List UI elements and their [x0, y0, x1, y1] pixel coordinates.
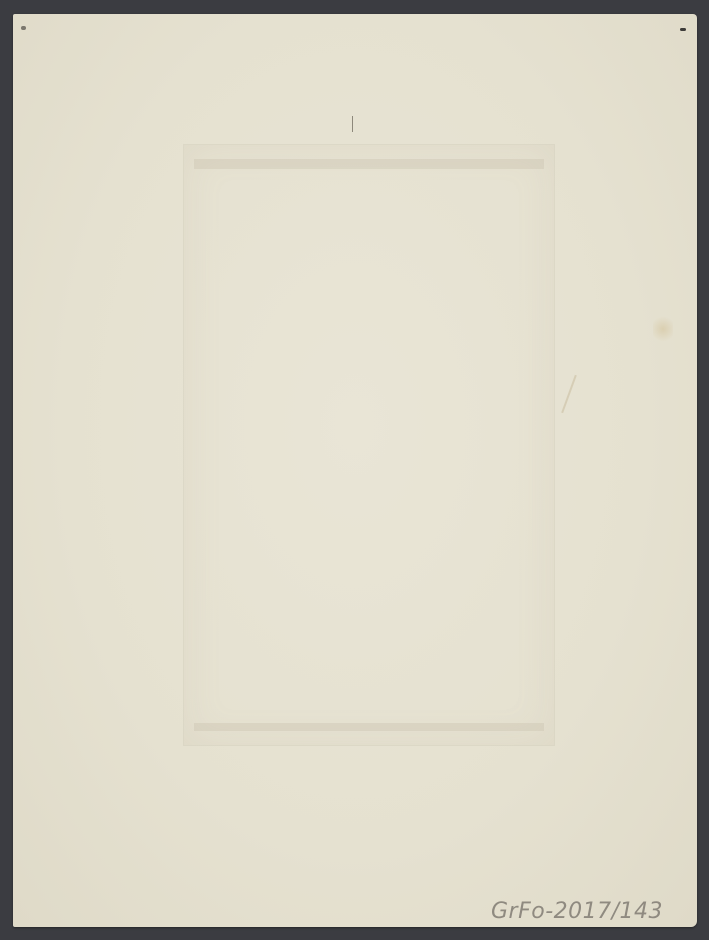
handwritten-inventory-number: GrFo-2017/143 [491, 899, 663, 924]
paper-crease [561, 375, 577, 413]
corner-mark-top-right [680, 28, 686, 31]
pencil-mark [352, 116, 353, 132]
ghost-caption-bottom [194, 723, 544, 731]
paper-sheet-verso: GrFo-2017/143 [13, 14, 697, 927]
corner-mark-top-left [21, 26, 26, 30]
foxing-stain [653, 314, 673, 344]
plate-mark-show-through [183, 144, 555, 746]
ghost-caption-top [194, 159, 544, 169]
